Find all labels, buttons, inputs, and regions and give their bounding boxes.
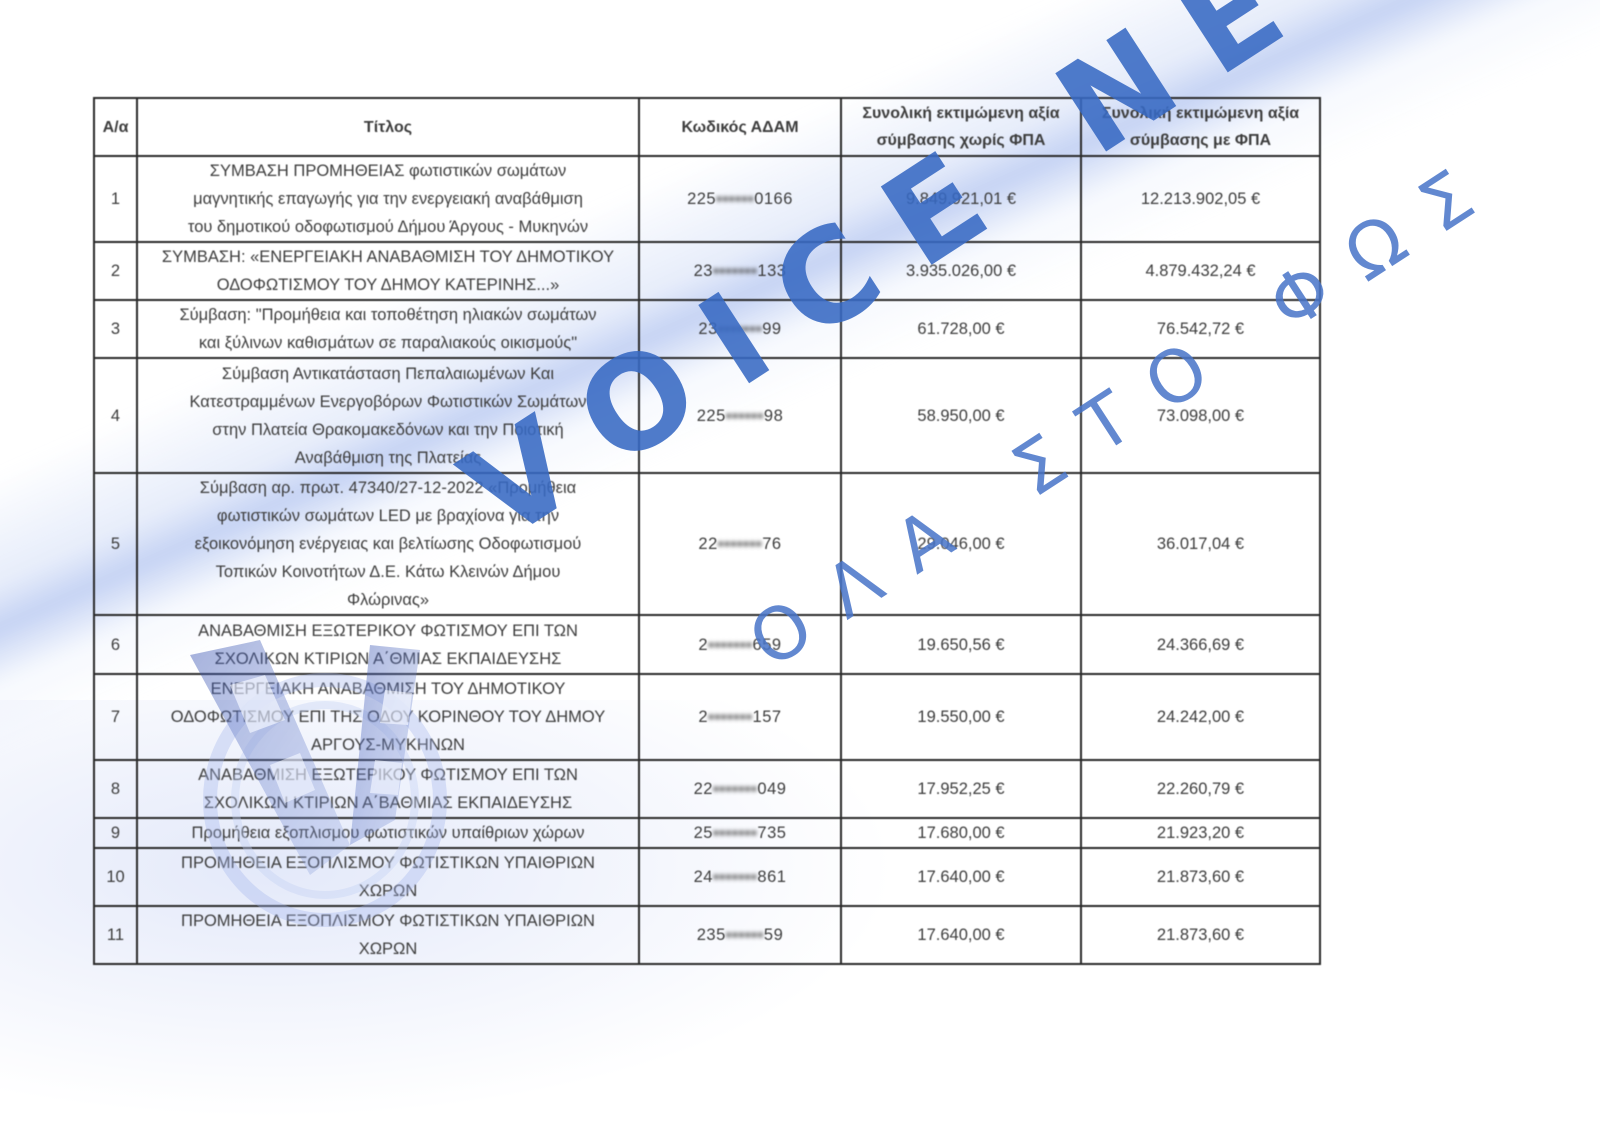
code-suffix: 049 [757, 780, 786, 798]
row-net-value: 17.640,00 € [841, 906, 1081, 964]
title-line: Φλώρινας» [142, 586, 634, 614]
code-suffix: 861 [757, 868, 786, 886]
code-prefix: 235 [697, 926, 726, 944]
code-redacted: ▪▪▪▪▪▪▪ [713, 775, 757, 803]
row-gross-value: 21.923,20 € [1081, 818, 1320, 848]
title-line: και ξύλινων καθισμάτων σε παραλιακούς οι… [142, 329, 634, 357]
row-title: Σύμβαση: "Προμήθεια και τοποθέτηση ηλιακ… [137, 300, 639, 358]
row-net-value: 17.640,00 € [841, 848, 1081, 906]
title-line: Σύμβαση: "Προμήθεια και τοποθέτηση ηλιακ… [142, 301, 634, 329]
code-prefix: 25 [694, 824, 713, 842]
row-gross-value: 24.242,00 € [1081, 674, 1320, 760]
code-redacted: ▪▪▪▪▪▪ [716, 185, 754, 213]
code-suffix: 0166 [754, 190, 793, 208]
v-logo-icon [190, 615, 450, 935]
row-net-value: 17.680,00 € [841, 818, 1081, 848]
header-title: Τίτλος [137, 98, 639, 156]
code-redacted: ▪▪▪▪▪▪▪ [713, 863, 757, 891]
row-number: 2 [94, 242, 137, 300]
row-adam-code: 25▪▪▪▪▪▪▪735 [639, 818, 841, 848]
row-number: 9 [94, 818, 137, 848]
code-prefix: 22 [694, 780, 713, 798]
row-number: 8 [94, 760, 137, 818]
row-gross-value: 24.366,69 € [1081, 615, 1320, 674]
title-line: ΧΩΡΩΝ [142, 935, 634, 963]
row-number: 5 [94, 473, 137, 615]
row-gross-value: 36.017,04 € [1081, 473, 1320, 615]
row-adam-code: 22▪▪▪▪▪▪▪049 [639, 760, 841, 818]
title-line: ΣΥΜΒΑΣΗ ΠΡΟΜΗΘΕΙΑΣ φωτιστικών σωμάτων [142, 157, 634, 185]
code-suffix: 98 [764, 407, 783, 425]
row-number: 3 [94, 300, 137, 358]
code-suffix: 59 [764, 926, 783, 944]
row-number: 4 [94, 358, 137, 473]
code-prefix: 2 [698, 708, 708, 726]
row-number: 10 [94, 848, 137, 906]
code-prefix: 24 [694, 868, 713, 886]
row-net-value: 19.650,56 € [841, 615, 1081, 674]
code-redacted: ▪▪▪▪▪▪▪ [708, 703, 752, 731]
code-prefix: 22 [698, 535, 717, 553]
code-redacted: ▪▪▪▪▪▪▪ [708, 631, 752, 659]
code-redacted: ▪▪▪▪▪▪▪ [713, 819, 757, 847]
table-row: 5Σύμβαση αρ. πρωτ. 47340/27-12-2022 «Προ… [94, 473, 1320, 615]
header-num: Α/α [94, 98, 137, 156]
code-prefix: 2 [698, 636, 708, 654]
row-net-value: 19.550,00 € [841, 674, 1081, 760]
row-title: ΣΥΜΒΑΣΗ ΠΡΟΜΗΘΕΙΑΣ φωτιστικών σωμάτωνμαγ… [137, 156, 639, 242]
row-number: 1 [94, 156, 137, 242]
title-line: ΣΥΜΒΑΣΗ: «ΕΝΕΡΓΕΙΑΚΗ ΑΝΑΒΑΘΜΙΣΗ ΤΟΥ ΔΗΜΟ… [142, 243, 634, 271]
code-redacted: ▪▪▪▪▪▪▪ [718, 530, 762, 558]
title-line: του δημοτικού οδοφωτισμού Δήμου Άργους -… [142, 213, 634, 241]
row-gross-value: 21.873,60 € [1081, 906, 1320, 964]
row-adam-code: 2▪▪▪▪▪▪▪157 [639, 674, 841, 760]
code-suffix: 76 [762, 535, 781, 553]
row-adam-code: 235▪▪▪▪▪▪59 [639, 906, 841, 964]
row-number: 7 [94, 674, 137, 760]
row-gross-value: 22.260,79 € [1081, 760, 1320, 818]
title-line: μαγνητικής επαγωγής για την ενεργειακή α… [142, 185, 634, 213]
row-gross-value: 21.873,60 € [1081, 848, 1320, 906]
row-adam-code: 24▪▪▪▪▪▪▪861 [639, 848, 841, 906]
header-code: Κωδικός ΑΔΑΜ [639, 98, 841, 156]
title-line: ΟΔΟΦΩΤΙΣΜΟΥ ΤΟΥ ΔΗΜΟΥ ΚΑΤΕΡΙΝΗΣ...» [142, 271, 634, 299]
row-title: ΣΥΜΒΑΣΗ: «ΕΝΕΡΓΕΙΑΚΗ ΑΝΑΒΑΘΜΙΣΗ ΤΟΥ ΔΗΜΟ… [137, 242, 639, 300]
row-net-value: 17.952,25 € [841, 760, 1081, 818]
code-prefix: 225 [687, 190, 716, 208]
title-line: Τοπικών Κοινοτήτων Δ.Ε. Κάτω Κλεινών Δήμ… [142, 558, 634, 586]
code-redacted: ▪▪▪▪▪▪ [726, 921, 764, 949]
code-suffix: 157 [753, 708, 782, 726]
row-number: 11 [94, 906, 137, 964]
row-number: 6 [94, 615, 137, 674]
code-suffix: 735 [757, 824, 786, 842]
